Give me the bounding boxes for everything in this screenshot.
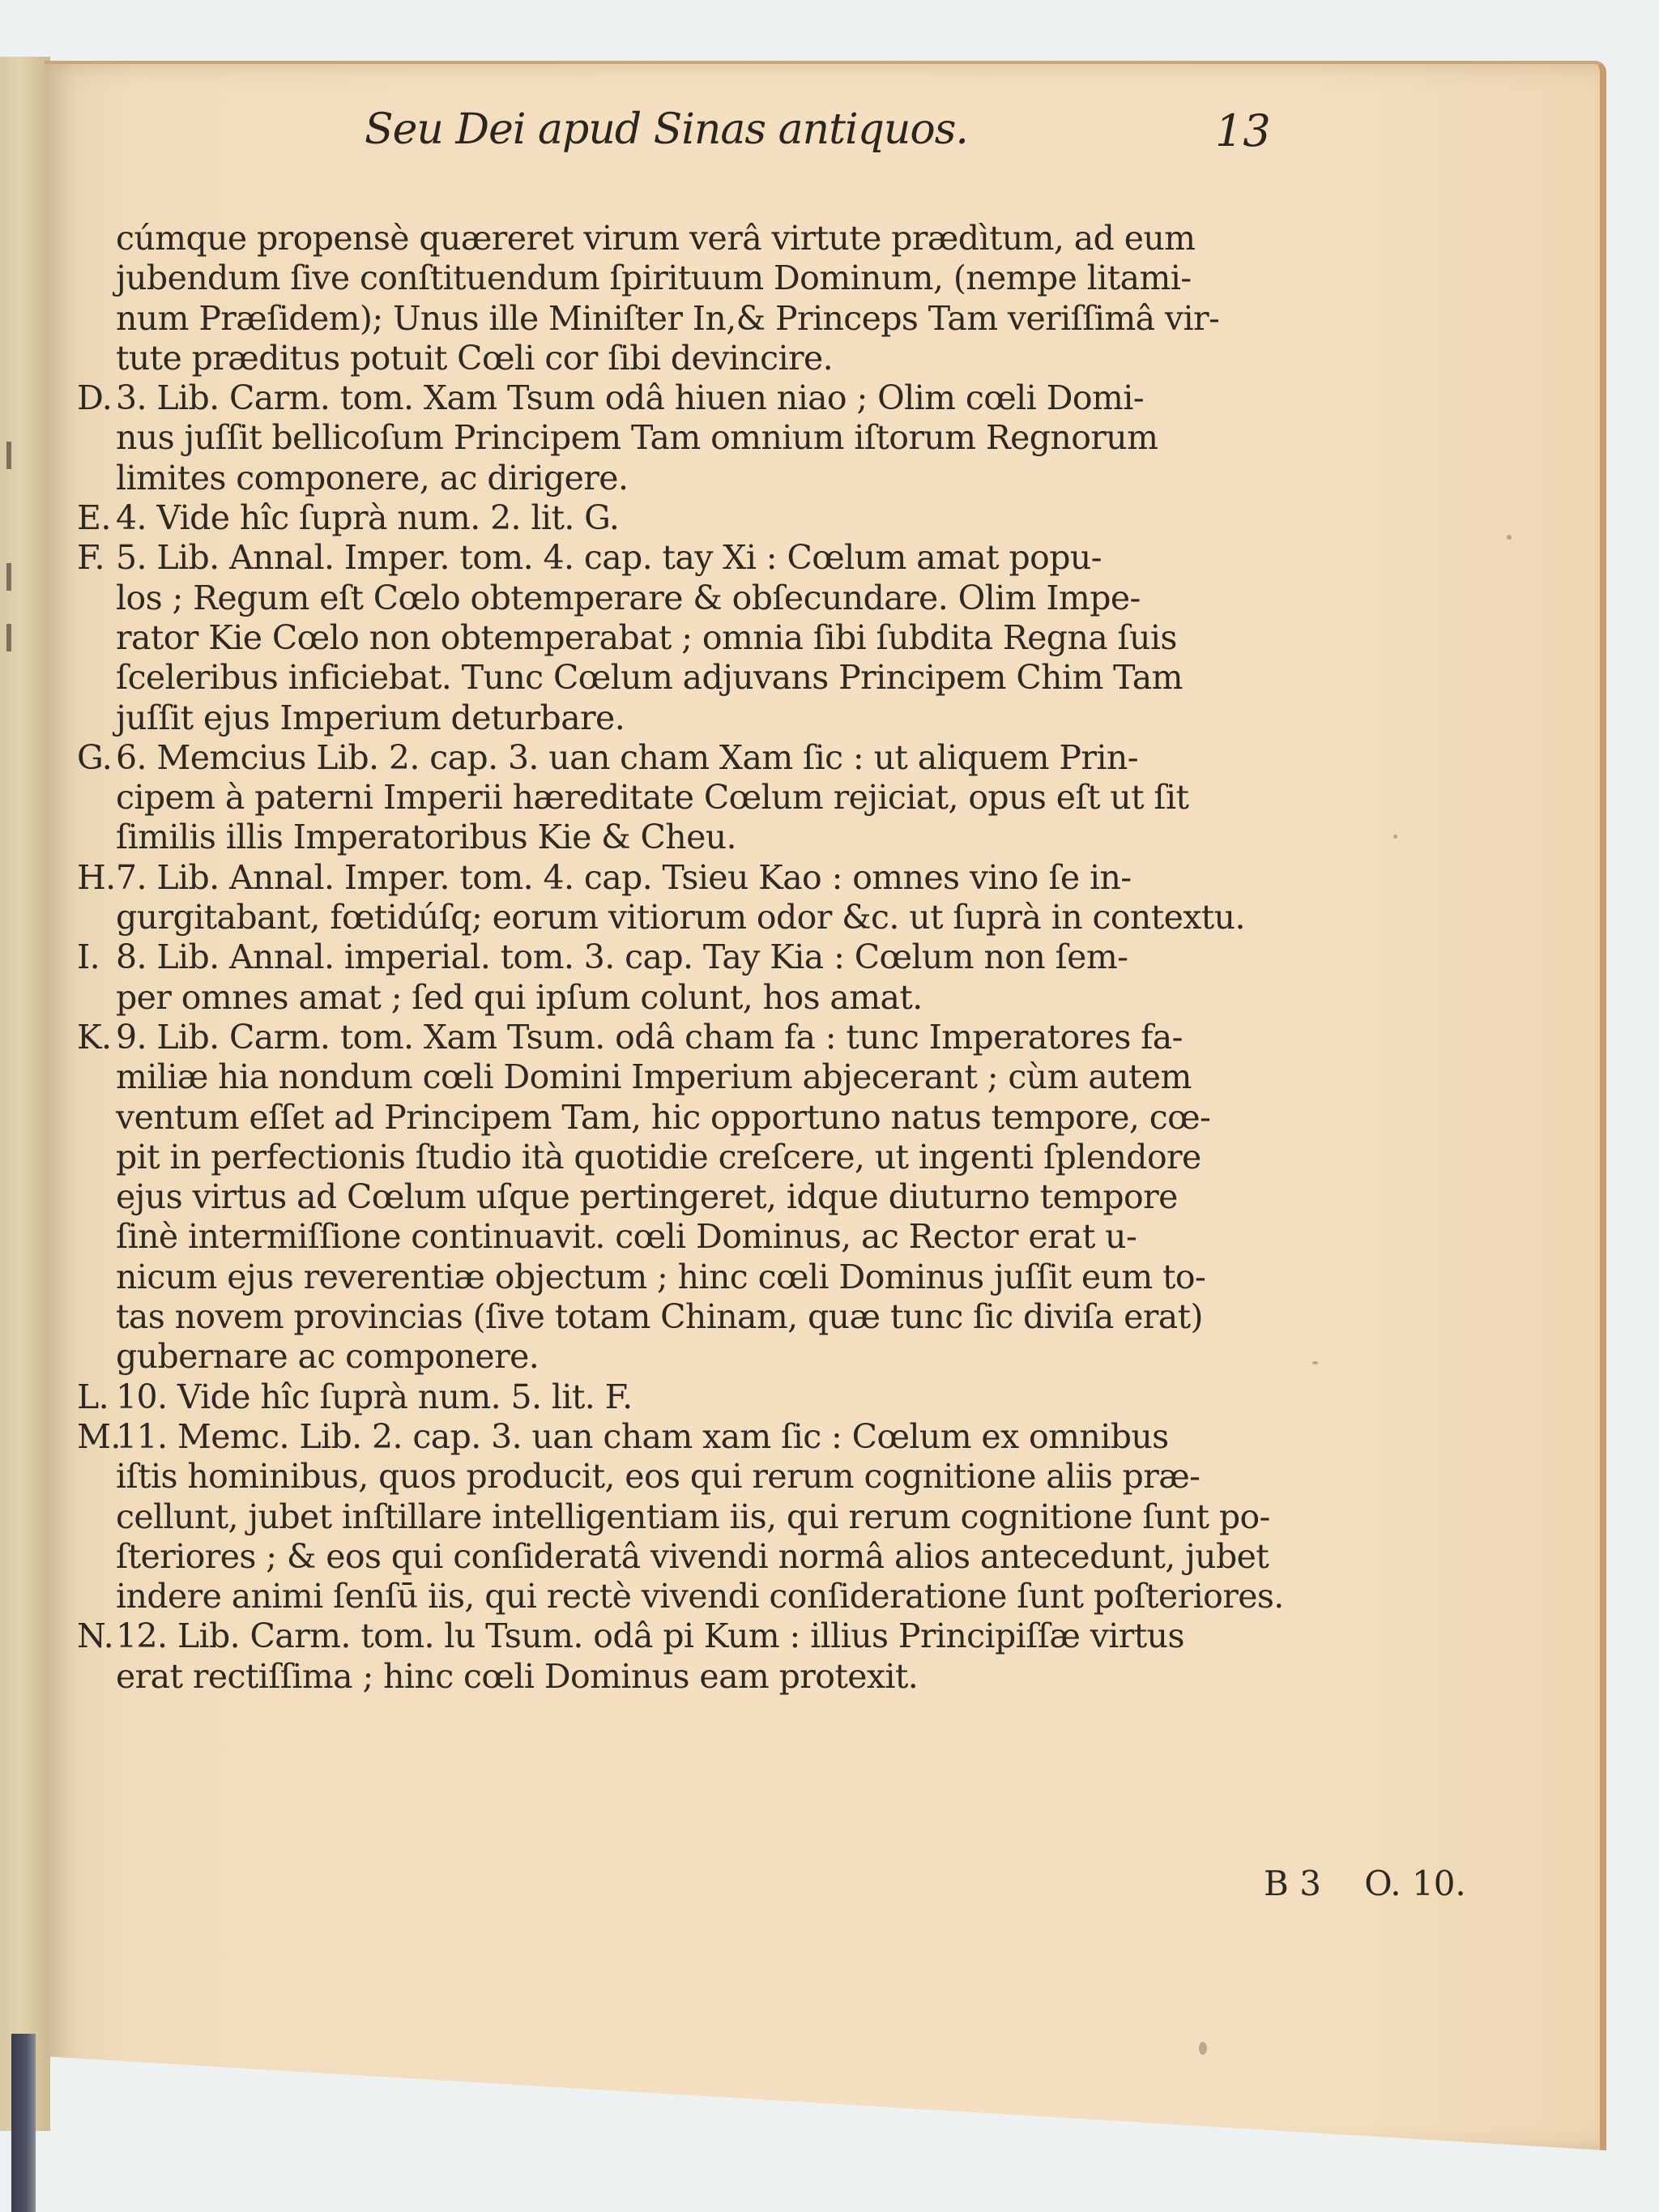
facing-page-edge: [0, 57, 50, 2131]
book-spine: [11, 2034, 36, 2212]
note-label: H.: [77, 858, 116, 898]
text-line: ventum eſſet ad Principem Tam, hic oppor…: [77, 1098, 1405, 1138]
text-line: nus juſſit bellicoſum Principem Tam omni…: [77, 418, 1405, 458]
text-line: 9. Lib. Carm. tom. Xam Tsum. odâ cham fa…: [116, 1018, 1183, 1057]
text-line: cúmque propensè quæreret virum verâ virt…: [77, 219, 1405, 258]
note-label: K.: [77, 1018, 116, 1057]
running-head-title: Seu Dei apud Sinas antiquos.: [365, 105, 968, 154]
note-I: I.8. Lib. Annal. imperial. tom. 3. cap. …: [77, 937, 1405, 1018]
paper-speck: [1393, 835, 1397, 839]
text-line: 12. Lib. Carm. tom. lu Tsum. odâ pi Kum …: [116, 1616, 1184, 1655]
text-line: ejus virtus ad Cœlum uſque pertingeret, …: [77, 1177, 1405, 1217]
note-label: N.: [77, 1616, 116, 1656]
note-label: M.: [77, 1417, 116, 1457]
bleed-mark: [6, 563, 11, 591]
text-line: iſtis hominibus, quos producit, eos qui …: [77, 1457, 1405, 1497]
text-line: ſceleribus inficiebat. Tunc Cœlum adjuva…: [77, 658, 1405, 698]
text-line: 3. Lib. Carm. tom. Xam Tsum odâ hiuen ni…: [116, 378, 1144, 417]
text-line: cellunt, jubet inſtillare intelligentiam…: [77, 1497, 1405, 1537]
bleed-mark: [6, 624, 11, 651]
note-L: L.10. Vide hîc ſuprà num. 5. lit. F.: [77, 1377, 1405, 1417]
text-line: gubernare ac componere.: [77, 1337, 1405, 1377]
text-line: limites componere, ac dirigere.: [77, 459, 1405, 498]
text-line: 7. Lib. Annal. Imper. tom. 4. cap. Tsieu…: [116, 858, 1132, 897]
text-line: 10. Vide hîc ſuprà num. 5. lit. F.: [116, 1377, 633, 1416]
page-number: 13: [1215, 105, 1271, 156]
text-line: tas novem provincias (ſive totam Chinam,…: [77, 1297, 1405, 1337]
text-line: indere animi ſenſū iis, qui rectè vivend…: [77, 1577, 1405, 1616]
text-line: ſteriores ; & eos qui conſideratâ vivend…: [77, 1537, 1405, 1577]
text-line: ſimilis illis Imperatoribus Kie & Cheu.: [77, 818, 1405, 857]
bleed-mark: [6, 442, 11, 469]
paper-speck: [1507, 535, 1512, 540]
text-line: 6. Memcius Lib. 2. cap. 3. uan cham Xam …: [116, 738, 1138, 777]
continuation-paragraph: cúmque propensè quæreret virum verâ virt…: [77, 219, 1405, 378]
text-line: nicum ejus reverentiæ objectum ; hinc cœ…: [77, 1258, 1405, 1297]
text-line: pit in perfectionis ſtudio ità quotidie …: [77, 1138, 1405, 1177]
running-head: Seu Dei apud Sinas antiquos. 13: [308, 105, 1442, 178]
text-line: cipem à paterni Imperii hæreditate Cœlum…: [77, 778, 1405, 818]
note-E: E.4. Vide hîc ſuprà num. 2. lit. G.: [77, 498, 1405, 538]
text-line: los ; Regum eſt Cœlo obtemperare & obſec…: [77, 579, 1405, 618]
note-label: D.: [77, 378, 116, 418]
note-G: G.6. Memcius Lib. 2. cap. 3. uan cham Xa…: [77, 738, 1405, 858]
text-line: rator Kie Cœlo non obtemperabat ; omnia …: [77, 618, 1405, 658]
text-line: juſſit ejus Imperium deturbare.: [77, 698, 1405, 738]
text-line: jubendum ſive conſtituendum ſpirituum Do…: [77, 258, 1405, 298]
text-line: gurgitabant, fœtidúſq; eorum vitiorum od…: [77, 898, 1405, 937]
note-label: I.: [77, 937, 116, 977]
page-body: cúmque propensè quæreret virum verâ virt…: [77, 219, 1405, 1697]
text-line: tute præditus potuit Cœli cor ſibi devin…: [77, 339, 1405, 378]
page-footer: B 3 O. 10.: [1264, 1864, 1499, 1903]
text-line: 4. Vide hîc ſuprà num. 2. lit. G.: [116, 498, 619, 537]
text-line: ſinè intermiſſione continuavit. cœli Dom…: [77, 1217, 1405, 1257]
catchword: O. 10.: [1364, 1864, 1465, 1903]
facing-page-marks: [0, 57, 32, 2131]
note-M: M.11. Memc. Lib. 2. cap. 3. uan cham xam…: [77, 1417, 1405, 1616]
note-K: K.9. Lib. Carm. tom. Xam Tsum. odâ cham …: [77, 1018, 1405, 1377]
text-line: 11. Memc. Lib. 2. cap. 3. uan cham xam ſ…: [116, 1417, 1169, 1456]
text-line: 8. Lib. Annal. imperial. tom. 3. cap. Ta…: [116, 937, 1128, 976]
note-F: F.5. Lib. Annal. Imper. tom. 4. cap. tay…: [77, 538, 1405, 737]
paper-speck: [1199, 2042, 1207, 2055]
text-line: num Præſidem); Unus ille Miniſter In,& P…: [77, 299, 1405, 339]
note-N: N.12. Lib. Carm. tom. lu Tsum. odâ pi Ku…: [77, 1616, 1405, 1697]
text-line: erat rectiſſima ; hinc cœli Dominus eam …: [77, 1657, 1405, 1697]
note-label: G.: [77, 738, 116, 778]
note-H: H.7. Lib. Annal. Imper. tom. 4. cap. Tsi…: [77, 858, 1405, 938]
note-label: L.: [77, 1377, 116, 1417]
paper-speck: [1312, 1361, 1318, 1364]
text-line: miliæ hia nondum cœli Domini Imperium ab…: [77, 1057, 1405, 1097]
text-line: per omnes amat ; ſed qui ipſum colunt, h…: [77, 978, 1405, 1018]
signature-mark: B 3: [1264, 1864, 1321, 1903]
note-label: E.: [77, 498, 116, 538]
text-line: 5. Lib. Annal. Imper. tom. 4. cap. tay X…: [116, 538, 1102, 577]
note-label: F.: [77, 538, 116, 578]
note-D: D.3. Lib. Carm. tom. Xam Tsum odâ hiuen …: [77, 378, 1405, 498]
